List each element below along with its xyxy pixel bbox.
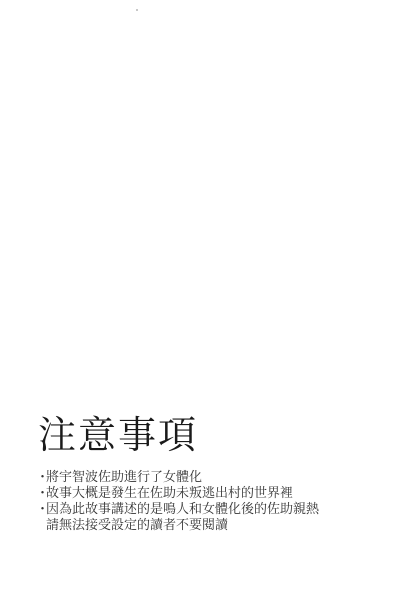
bullet-icon: ・ — [36, 502, 46, 518]
note-item: ・ 因為此故事講述的是鳴人和女體化後的佐助親熱 — [36, 502, 319, 518]
note-text: 因為此故事講述的是鳴人和女體化後的佐助親熱 — [46, 502, 319, 518]
note-text: 將宇智波佐助進行了女體化 — [46, 470, 202, 486]
note-item: ・ 故事大概是發生在佐助未叛逃出村的世界裡 — [36, 486, 319, 502]
note-item: ・ 將宇智波佐助進行了女體化 — [36, 470, 319, 486]
note-text: 故事大概是發生在佐助未叛逃出村的世界裡 — [46, 486, 293, 502]
notes-list: ・ 將宇智波佐助進行了女體化 ・ 故事大概是發生在佐助未叛逃出村的世界裡 ・ 因… — [36, 470, 319, 534]
scan-speck — [136, 9, 138, 11]
note-continuation: 請無法接受設定的讀者不要閱讀 — [36, 518, 319, 534]
bullet-icon: ・ — [36, 486, 46, 502]
bullet-icon: ・ — [36, 470, 46, 486]
page-title: 注意事項 — [38, 410, 198, 460]
